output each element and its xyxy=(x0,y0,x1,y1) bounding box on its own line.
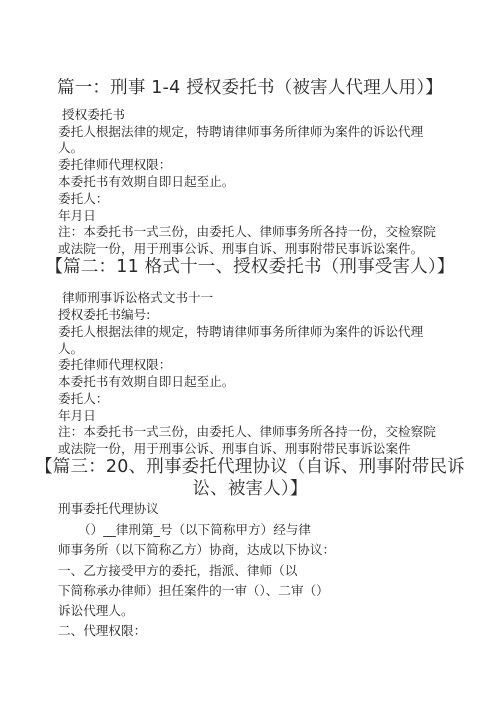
section-1-line: 本委托书有效期自即日起至止。 xyxy=(58,173,234,190)
section-3-line: （）__律刑第_号（以下简称甲方）经与律 xyxy=(78,521,311,538)
section-3-line: 二、代理权限： xyxy=(58,622,146,639)
section-1-line: 委托人根据法律的规定，特聘请律师事务所律师为案件的诉讼代理 xyxy=(58,123,423,140)
section-1-line: 人。 xyxy=(58,139,83,156)
section-1-line: 注：本委托书一式三份，由委托人、律师事务所各持一份，交检察院 xyxy=(58,223,436,240)
section-3-line: 一、乙方接受甲方的委托，指派、律师（以 xyxy=(58,562,297,579)
section-3-heading-line-2: 讼、被害人）】 xyxy=(0,475,500,500)
section-3-line: 诉讼代理人。 xyxy=(58,602,134,619)
section-2-line: 授权委托书编号: xyxy=(58,306,150,323)
document-page: 篇一：刑事 1-4 授权委托书（被害人代理人用）】 授权委托书 委托人根据法律的… xyxy=(0,0,500,707)
section-2-line: 委托人根据法律的规定，特聘请律师事务所律师为案件的诉讼代理 xyxy=(58,323,423,340)
section-2-line: 委托人： xyxy=(58,390,108,407)
section-1-heading: 篇一：刑事 1-4 授权委托书（被害人代理人用）】 xyxy=(0,74,500,99)
section-2-line: 委托律师代理权限： xyxy=(58,356,171,373)
section-2-heading: 【篇二：11 格式十一、授权委托书（刑事受害人）】 xyxy=(0,253,500,278)
section-3-line: 师事务所（以下简称乙方）协商，达成以下协议： xyxy=(58,541,335,558)
section-3-line: 刑事委托代理协议 xyxy=(58,500,159,517)
section-2-line: 注：本委托书一式三份，由委托人、律师事务所各持一份，交检察院 xyxy=(58,423,436,440)
section-1-line: 委托人： xyxy=(58,190,108,207)
section-2-line: 本委托书有效期自即日起至止。 xyxy=(58,373,234,390)
section-1-line: 年月日 xyxy=(58,207,96,224)
section-3-line: 下简称承办律师）担任案件的一审（）、二审（） xyxy=(58,582,329,599)
section-2-line: 年月日 xyxy=(58,407,96,424)
section-1-line: 委托律师代理权限： xyxy=(58,156,171,173)
section-2-line: 人。 xyxy=(58,340,83,357)
section-1-line: 授权委托书 xyxy=(62,106,125,123)
section-2-line: 律师刑事诉讼格式文书十一 xyxy=(62,289,213,306)
